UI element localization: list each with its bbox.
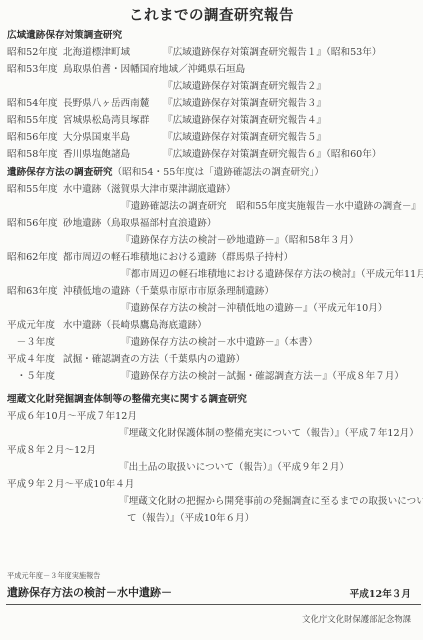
- list-item: 『遺跡保存方法の検討－砂地遺跡－』（昭和58年３月）: [7, 232, 419, 249]
- fiscal-year: 平成元年度: [7, 317, 55, 334]
- list-item: 昭和55年度 宮城県松島湾貝塚群 『広域遺跡保存対策調査研究報告４』: [7, 112, 419, 129]
- section-site-preservation-methods: 遺跡保存方法の調査研究（昭和54・55年度は「遺跡確認法の調査研究」） 昭和55…: [7, 164, 419, 385]
- list-item: 平成４年度 試掘・確認調査の方法（千葉県内の遺跡）: [7, 351, 419, 368]
- section-heading-text: 遺跡保存方法の調査研究: [7, 167, 113, 178]
- divider: [6, 604, 421, 605]
- list-item: 昭和52年度 北海道標津町域 『広域遺跡保存対策調査研究報告１』（昭和53年）: [7, 44, 419, 61]
- site-location: 宮城県松島湾貝塚群: [63, 112, 149, 129]
- fiscal-year: 昭和55年度: [7, 112, 58, 129]
- site-location: 長野県八ヶ岳西南麓: [63, 95, 149, 112]
- fiscal-year: 昭和55年度: [7, 181, 58, 198]
- report-title: 『埋蔵文化財保護体制の整備充実について（報告）』（平成７年12月）: [7, 425, 419, 442]
- report-title: 『遺跡保存方法の検討－試掘・確認調査方法－』（平成８年７月）: [121, 368, 404, 385]
- list-item: 昭和62年度 都市周辺の軽石堆積地における遺跡（群馬県子持村）: [7, 249, 419, 266]
- fiscal-year: ・５年度: [7, 368, 55, 385]
- site-location: 香川県塩飽諸島: [63, 146, 130, 163]
- report-title: 『遺跡保存方法の検討－水中遺跡－』（本書）: [121, 334, 318, 351]
- site-location: 水中遺跡（長崎県鷹島海底遺跡）: [63, 317, 207, 334]
- site-location: 水中遺跡（滋賀県大津市粟津湖底遺跡）: [63, 181, 236, 198]
- fiscal-year: 昭和63年度: [7, 283, 58, 300]
- report-title: 『遺跡確認法の調査研究 昭和55年度実施報告－水中遺跡の調査－』: [121, 198, 421, 215]
- list-item: 『広域遺跡保存対策調査研究報告２』: [7, 78, 419, 95]
- report-title: 『広域遺跡保存対策調査研究報告５』: [163, 129, 326, 146]
- report-title: 『埋蔵文化財の把握から開発事前の発掘調査に至るまでの取扱いについ: [7, 493, 419, 510]
- list-item: 昭和55年度 水中遺跡（滋賀県大津市粟津湖底遺跡）: [7, 181, 419, 198]
- report-title: 『遺跡保存方法の検討－砂地遺跡－』（昭和58年３月）: [121, 232, 359, 249]
- list-item: 『遺跡確認法の調査研究 昭和55年度実施報告－水中遺跡の調査－』: [7, 198, 419, 215]
- page-title: これまでの調査研究報告: [0, 4, 423, 25]
- fiscal-year: －３年度: [7, 334, 55, 351]
- site-location: 大分県国東半島: [63, 129, 130, 146]
- report-title: 『広域遺跡保存対策調査研究報告１』（昭和53年）: [163, 44, 381, 61]
- section-heading: 遺跡保存方法の調査研究（昭和54・55年度は「遺跡確認法の調査研究」）: [7, 164, 419, 181]
- fiscal-year: 昭和54年度: [7, 95, 58, 112]
- research-period: 平成６年10月～平成７年12月: [7, 408, 419, 425]
- site-location: 砂地遺跡（鳥取県福部村直浪遺跡）: [63, 215, 217, 232]
- list-item: －３年度 『遺跡保存方法の検討－水中遺跡－』（本書）: [7, 334, 419, 351]
- section-excavation-system: 埋蔵文化財発掘調査体制等の整備充実に関する調査研究 平成６年10月～平成７年12…: [7, 391, 419, 527]
- section-heading: 埋蔵文化財発掘調査体制等の整備充実に関する調査研究: [7, 391, 419, 408]
- list-item: 昭和56年度 大分県国東半島 『広域遺跡保存対策調査研究報告５』: [7, 129, 419, 146]
- fiscal-year: 昭和52年度: [7, 44, 58, 61]
- report-title: 『広域遺跡保存対策調査研究報告６』（昭和60年）: [163, 146, 381, 163]
- report-title: 『遺跡保存方法の検討－沖積低地の遺跡－』（平成元年10月）: [121, 300, 387, 317]
- list-item: 平成元年度 水中遺跡（長崎県鷹島海底遺跡）: [7, 317, 419, 334]
- report-title: 『広域遺跡保存対策調査研究報告３』: [163, 95, 326, 112]
- list-item: ・５年度 『遺跡保存方法の検討－試掘・確認調査方法－』（平成８年７月）: [7, 368, 419, 385]
- list-item: 『都市周辺の軽石堆積地における遺跡保存方法の検討』（平成元年11月）: [7, 266, 419, 283]
- section-heading: 広域遺跡保存対策調査研究: [7, 27, 419, 44]
- section-wide-area-preservation: 広域遺跡保存対策調査研究 昭和52年度 北海道標津町域 『広域遺跡保存対策調査研…: [7, 27, 419, 163]
- list-item: 『遺跡保存方法の検討－沖積低地の遺跡－』（平成元年10月）: [7, 300, 419, 317]
- site-location: 鳥取県伯耆・因幡国府地域／沖縄県石垣島: [63, 61, 245, 78]
- list-item: 昭和53年度 鳥取県伯耆・因幡国府地域／沖縄県石垣島: [7, 61, 419, 78]
- footer-title: 遺跡保存方法の検討－水中遺跡－: [7, 584, 172, 600]
- site-location: 試掘・確認調査の方法（千葉県内の遺跡）: [63, 351, 245, 368]
- list-item: 昭和56年度 砂地遺跡（鳥取県福部村直浪遺跡）: [7, 215, 419, 232]
- fiscal-year: 昭和53年度: [7, 61, 58, 78]
- report-title-continued: て（報告）』（平成10年６月）: [7, 510, 419, 527]
- section-heading-note: （昭和54・55年度は「遺跡確認法の調査研究」）: [113, 167, 325, 178]
- report-title: 『広域遺跡保存対策調査研究報告４』: [163, 112, 326, 129]
- publisher: 文化庁文化財保護部記念物課: [302, 613, 411, 625]
- list-item: 昭和63年度 沖積低地の遺跡（千葉県市原市市原条理制遺跡）: [7, 283, 419, 300]
- research-period: 平成８年２月～12月: [7, 442, 419, 459]
- list-item: 昭和58年度 香川県塩飽諸島 『広域遺跡保存対策調査研究報告６』（昭和60年）: [7, 146, 419, 163]
- research-period: 平成９年２月～平成10年４月: [7, 476, 419, 493]
- fiscal-year: 昭和56年度: [7, 129, 58, 146]
- fiscal-year: 平成４年度: [7, 351, 55, 368]
- report-title: 『出土品の取扱いについて（報告）』（平成９年２月）: [7, 459, 419, 476]
- report-title: 『都市周辺の軽石堆積地における遺跡保存方法の検討』（平成元年11月）: [121, 266, 423, 283]
- publication-date: 平成12年３月: [350, 586, 411, 600]
- report-title: 『広域遺跡保存対策調査研究報告２』: [163, 78, 326, 95]
- site-location: 沖積低地の遺跡（千葉県市原市市原条理制遺跡）: [63, 283, 274, 300]
- list-item: 昭和54年度 長野県八ヶ岳西南麓 『広域遺跡保存対策調査研究報告３』: [7, 95, 419, 112]
- site-location: 都市周辺の軽石堆積地における遺跡（群馬県子持村）: [63, 249, 293, 266]
- fiscal-year: 昭和56年度: [7, 215, 58, 232]
- fiscal-year: 昭和62年度: [7, 249, 58, 266]
- site-location: 北海道標津町域: [63, 44, 130, 61]
- footer-subtitle: 平成元年度－３年度実施報告: [7, 571, 100, 581]
- fiscal-year: 昭和58年度: [7, 146, 58, 163]
